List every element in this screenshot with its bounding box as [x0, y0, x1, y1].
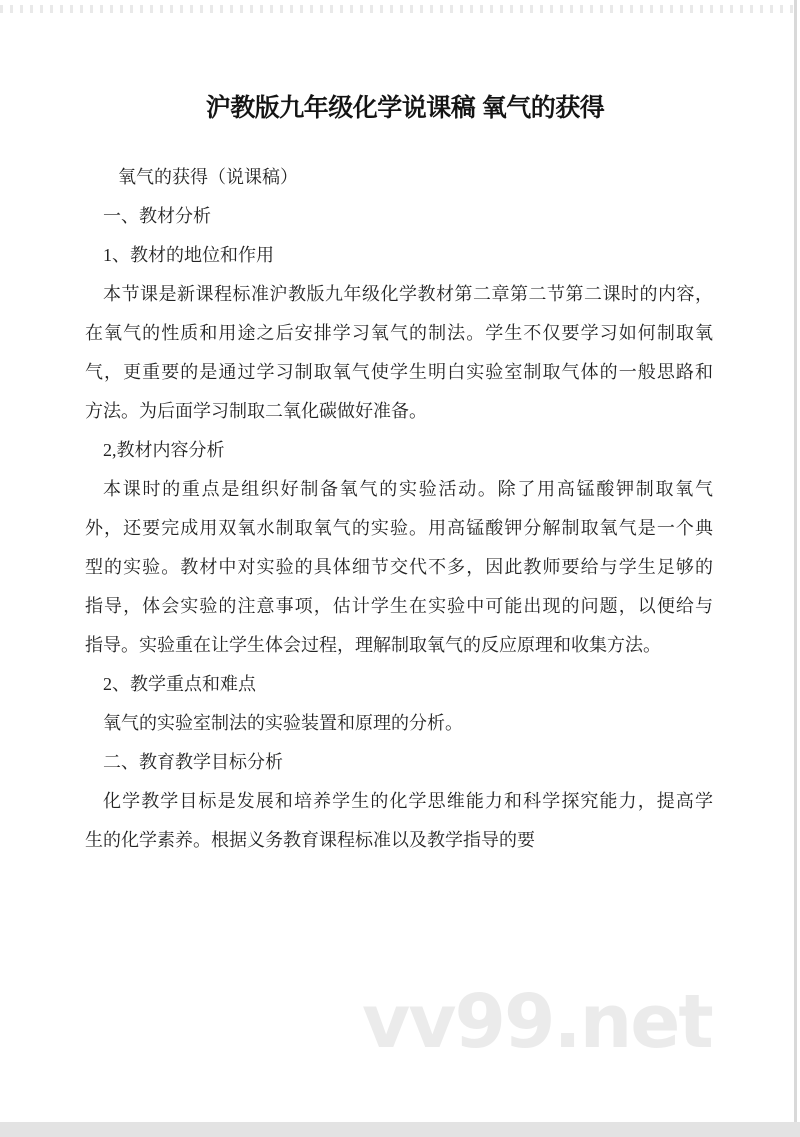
text-line: 氧气的获得（说课稿） [85, 158, 713, 197]
watermark: vv99.net [362, 985, 712, 1059]
text-line: 气，更重要的是通过学习制取氧气使学生明白实验室制取气体的一般思路和 [85, 353, 713, 392]
text-line: 1、教材的地位和作用 [85, 236, 713, 275]
page-right-edge-line [794, 0, 797, 1122]
text-line: 型的实验。教材中对实验的具体细节交代不多，因此教师要给与学生足够的 [85, 548, 713, 587]
text-line: 在氧气的性质和用途之后安排学习氧气的制法。学生不仅要学习如何制取氧 [85, 314, 713, 353]
text-line: 氧气的实验室制法的实验装置和原理的分析。 [85, 704, 713, 743]
text-line: 化学教学目标是发展和培养学生的化学思维能力和科学探究能力，提高学 [85, 782, 713, 821]
document-body: 氧气的获得（说课稿）一、教材分析1、教材的地位和作用本节课是新课程标准沪教版九年… [85, 158, 713, 860]
document-page: 沪教版九年级化学说课稿 氧气的获得 氧气的获得（说课稿）一、教材分析1、教材的地… [0, 0, 800, 1137]
page-bottom-strip [0, 1122, 800, 1137]
page-title: 沪教版九年级化学说课稿 氧气的获得 [80, 88, 730, 124]
text-line: 外，还要完成用双氧水制取氧气的实验。用高锰酸钾分解制取氧气是一个典 [85, 509, 713, 548]
text-line: 指导，体会实验的注意事项，估计学生在实验中可能出现的问题，以便给与 [85, 587, 713, 626]
text-line: 本课时的重点是组织好制备氧气的实验活动。除了用高锰酸钾制取氧气 [85, 470, 713, 509]
text-line: 二、教育教学目标分析 [85, 743, 713, 782]
top-perforation-border [0, 5, 800, 13]
text-line: 指导。实验重在让学生体会过程，理解制取氧气的反应原理和收集方法。 [85, 626, 713, 665]
text-line: 2,教材内容分析 [85, 431, 713, 470]
text-line: 本节课是新课程标准沪教版九年级化学教材第二章第二节第二课时的内容， [85, 275, 713, 314]
text-line: 一、教材分析 [85, 197, 713, 236]
text-line: 生的化学素养。根据义务教育课程标准以及教学指导的要 [85, 821, 713, 860]
text-line: 2、教学重点和难点 [85, 665, 713, 704]
text-line: 方法。为后面学习制取二氧化碳做好准备。 [85, 392, 713, 431]
